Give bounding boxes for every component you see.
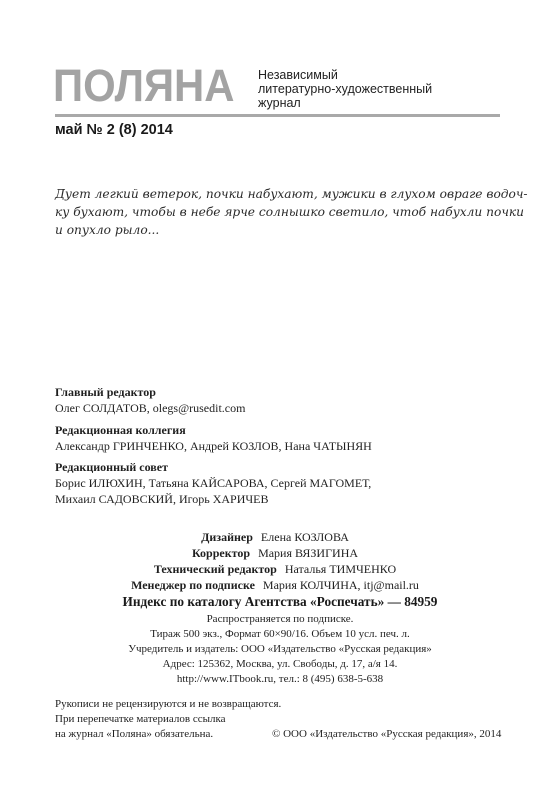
- editorial-council-block: Редакционный совет Борис ИЛЮХИН, Татьяна…: [55, 459, 371, 507]
- subtitle-line: литературно-художественный: [258, 82, 432, 96]
- credit-name: Наталья ТИМЧЕНКО: [285, 562, 396, 576]
- issue-number: май № 2 (8) 2014: [55, 122, 173, 138]
- credits-list: ДизайнерЕлена КОЗЛОВА КорректорМария ВЯЗ…: [110, 529, 440, 593]
- masthead-divider: [55, 114, 500, 117]
- magazine-imprint-page: ПОЛЯНА Независимый литературно-художеств…: [0, 0, 553, 788]
- editorial-council-label: Редакционный совет: [55, 459, 371, 475]
- imprint-line: Распространяется по подписке.: [110, 612, 450, 627]
- magazine-title: ПОЛЯНА: [53, 62, 234, 110]
- subtitle-line: журнал: [258, 96, 432, 110]
- credit-row: Технический редакторНаталья ТИМЧЕНКО: [110, 561, 440, 577]
- chief-editor-names: Олег СОЛДАТОВ, olegs@rusedit.com: [55, 400, 245, 416]
- credit-role: Технический редактор: [154, 562, 277, 576]
- notice-line: При перепечатке материалов ссылка: [55, 712, 281, 727]
- credit-row: ДизайнерЕлена КОЗЛОВА: [110, 529, 440, 545]
- imprint-line: Тираж 500 экз., Формат 60×90/16. Объем 1…: [110, 627, 450, 642]
- credit-row: КорректорМария ВЯЗИГИНА: [110, 545, 440, 561]
- notice-line: на журнал «Поляна» обязательна.: [55, 727, 281, 742]
- credit-name: Мария ВЯЗИГИНА: [258, 546, 358, 560]
- epigraph-line: и опухло рыло...: [55, 221, 515, 239]
- chief-editor-label: Главный редактор: [55, 384, 245, 400]
- reprint-notice: Рукописи не рецензируются и не возвращаю…: [55, 697, 281, 742]
- editorial-council-names: Борис ИЛЮХИН, Татьяна КАЙСАРОВА, Сергей …: [55, 475, 371, 491]
- imprint-info: Распространяется по подписке. Тираж 500 …: [110, 612, 450, 687]
- credit-name: Елена КОЗЛОВА: [261, 530, 349, 544]
- copyright-notice: © ООО «Издательство «Русская редакция», …: [272, 727, 501, 742]
- credit-name: Мария КОЛЧИНА, itj@mail.ru: [263, 578, 419, 592]
- editorial-board-label: Редакционная коллегия: [55, 422, 372, 438]
- credit-role: Корректор: [192, 546, 250, 560]
- editorial-board-block: Редакционная коллегия Александр ГРИНЧЕНК…: [55, 422, 372, 454]
- editorial-board-names: Александр ГРИНЧЕНКО, Андрей КОЗЛОВ, Нана…: [55, 438, 372, 454]
- credit-row: Менеджер по подпискеМария КОЛЧИНА, itj@m…: [110, 577, 440, 593]
- catalog-index: Индекс по каталогу Агентства «Роспечать»…: [120, 594, 440, 610]
- credit-role: Дизайнер: [201, 530, 253, 544]
- editorial-council-names: Михаил САДОВСКИЙ, Игорь ХАРИЧЕВ: [55, 491, 371, 507]
- epigraph: Дует легкий ветерок, почки набухают, муж…: [55, 185, 515, 239]
- epigraph-line: Дует легкий ветерок, почки набухают, муж…: [55, 185, 515, 203]
- credit-role: Менеджер по подписке: [131, 578, 255, 592]
- subtitle-line: Независимый: [258, 68, 432, 82]
- imprint-line: Адрес: 125362, Москва, ул. Свободы, д. 1…: [110, 657, 450, 672]
- chief-editor-block: Главный редактор Олег СОЛДАТОВ, olegs@ru…: [55, 384, 245, 416]
- imprint-line: http://www.ITbook.ru, тел.: 8 (495) 638-…: [110, 672, 450, 687]
- magazine-subtitle: Независимый литературно-художественный ж…: [258, 68, 432, 110]
- notice-line: Рукописи не рецензируются и не возвращаю…: [55, 697, 281, 712]
- epigraph-line: ку бухают, чтобы в небе ярче солнышко св…: [55, 203, 515, 221]
- imprint-line: Учредитель и издатель: ООО «Издательство…: [110, 642, 450, 657]
